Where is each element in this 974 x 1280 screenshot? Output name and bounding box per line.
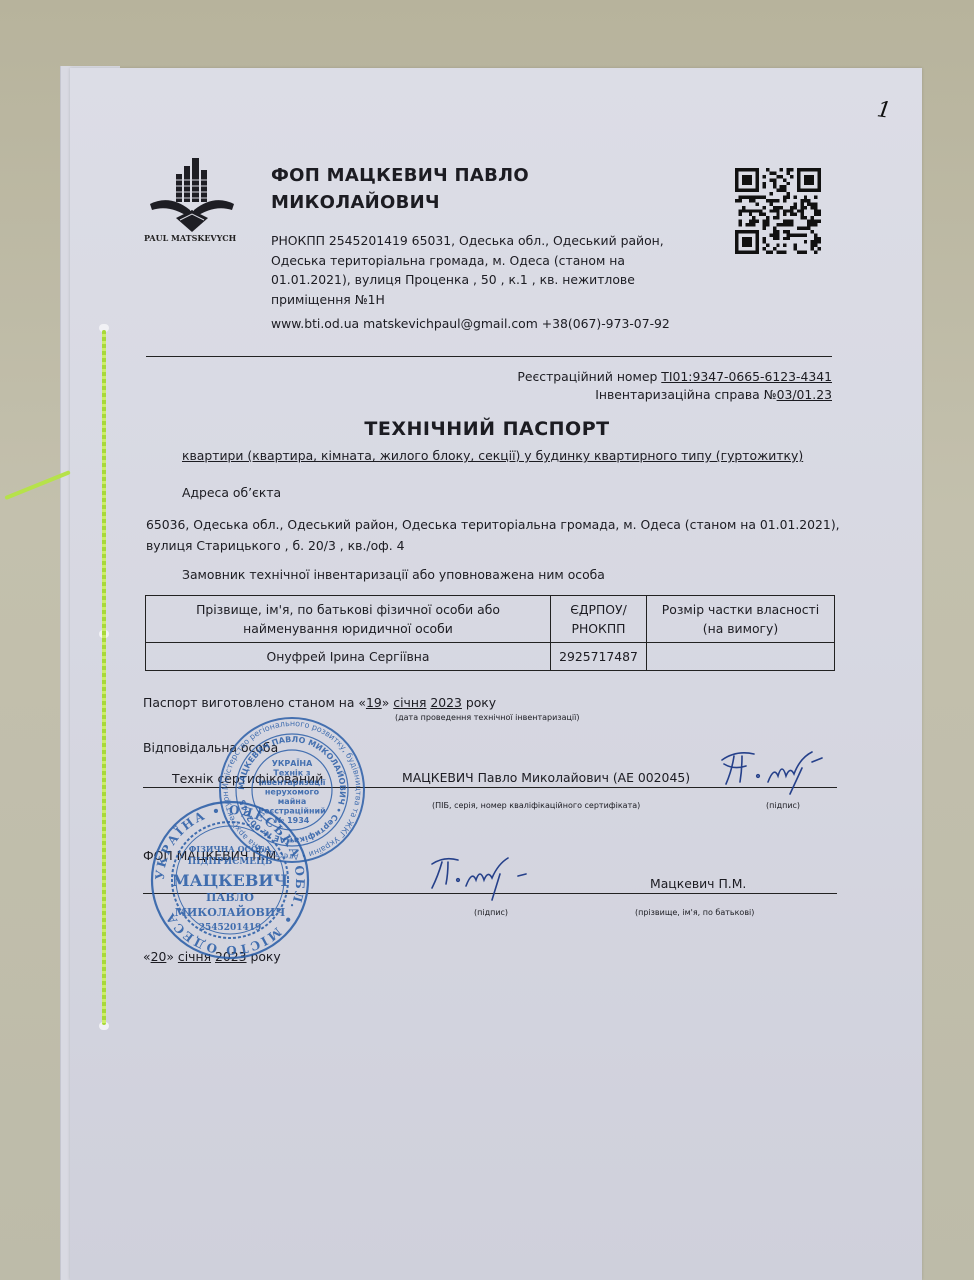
svg-text:Технік з: Технік з	[273, 768, 311, 778]
owner-share	[647, 643, 835, 671]
inventory-date-caption: (дата проведення технічної інвентаризаці…	[395, 713, 579, 722]
company-logo-icon	[146, 152, 238, 242]
inventory-date-day: 19	[366, 695, 382, 710]
fop-name: Мацкевич П.М.	[650, 876, 746, 891]
fop-date-day: 20	[151, 949, 167, 964]
owner-name: Онуфрей Ірина Сергіївна	[146, 643, 551, 671]
fop-sign-caption: (підпис)	[474, 908, 508, 917]
company-contacts: www.bti.od.ua matskevichpaul@gmail.com +…	[271, 316, 670, 331]
svg-text:інвентаризації: інвентаризації	[258, 777, 325, 787]
company-title: ФОП МАЦКЕВИЧ ПАВЛО МИКОЛАЙОВИЧ	[271, 162, 691, 216]
address-label: Адреса об’єкта	[182, 485, 281, 500]
registration-number: Реєстраційний номер ТІ01:9347-0665-6123-…	[517, 369, 832, 384]
fop-name-caption: (прізвище, ім'я, по батькові)	[635, 908, 754, 917]
inventory-date-year: 2023	[430, 695, 462, 710]
inventory-case-value: 03/01.23	[777, 387, 832, 402]
document-title: ТЕХНІЧНИЙ ПАСПОРТ	[0, 418, 974, 440]
responsible-name: МАЦКЕВИЧ Павло Миколайович (АЕ 002045)	[402, 770, 690, 785]
svg-text:ПІДПРИЄМЕЦЬ: ПІДПРИЄМЕЦЬ	[188, 857, 273, 867]
registration-number-label: Реєстраційний номер	[517, 369, 661, 384]
fop-date-open: «	[143, 949, 151, 964]
fop-signature	[426, 852, 546, 902]
fop-date-sep: »	[166, 949, 178, 964]
table-header-row: Прізвище, ім'я, по батькові фізичної осо…	[146, 596, 835, 643]
inventory-date-prefix: Паспорт виготовлено станом на «	[143, 695, 366, 710]
svg-text:майна: майна	[278, 797, 306, 806]
inventory-case-label: Інвентаризаційна справа №	[595, 387, 776, 402]
owner-code: 2925717487	[551, 643, 647, 671]
inventory-case: Інвентаризаційна справа №03/01.23	[595, 387, 832, 402]
object-address-line: вулиця Старицького , б. 20/3 , кв./оф. 4	[146, 535, 846, 556]
column-header-share: Розмір частки власності (на вимогу)	[647, 596, 835, 643]
inventory-date-sep: »	[382, 695, 394, 710]
inventory-date-suffix: року	[462, 695, 496, 710]
object-address: 65036, Одеська обл., Одеський район, Оде…	[146, 514, 846, 556]
svg-text:нерухомого: нерухомого	[265, 788, 320, 797]
svg-text:УКРАЇНА: УКРАЇНА	[272, 758, 313, 768]
inventory-date: Паспорт виготовлено станом на «19» січня…	[143, 695, 496, 710]
svg-text:ФІЗИЧНА ОСОБА: ФІЗИЧНА ОСОБА	[189, 844, 272, 854]
svg-text:2545201419: 2545201419	[199, 923, 262, 933]
header-divider	[146, 356, 832, 357]
object-address-line: 65036, Одеська обл., Одеський район, Оде…	[146, 514, 846, 535]
company-address: РНОКПП 2545201419 65031, Одеська обл., О…	[271, 231, 691, 309]
svg-text:ПАВЛО: ПАВЛО	[206, 891, 254, 904]
customer-label: Замовник технічної інвентаризації або уп…	[182, 567, 605, 582]
column-header-name: Прізвище, ім'я, по батькові фізичної осо…	[146, 596, 551, 643]
column-header-code: ЄДРПОУ/ РНОКПП	[551, 596, 647, 643]
inventory-date-month: січня	[393, 695, 426, 710]
technician-signature	[716, 746, 856, 796]
owner-table: Прізвище, ім'я, по батькові фізичної осо…	[145, 595, 835, 671]
registration-number-value: ТІ01:9347-0665-6123-4341	[661, 369, 832, 384]
qr-code-icon	[734, 168, 822, 254]
document-subtitle: квартири (квартира, кімната, жилого блок…	[182, 448, 803, 463]
responsible-name-caption: (ПІБ, серія, номер кваліфікаційного серт…	[432, 801, 640, 810]
fop-stamp: УКРАЇНА • ОДЕСЬКА ОБЛ. • МІСТО ОДЕСА ФІЗ…	[150, 800, 310, 960]
svg-text:МИКОЛАЙОВИЧ: МИКОЛАЙОВИЧ	[175, 904, 286, 919]
responsible-sign-caption: (підпис)	[766, 801, 800, 810]
logo-caption: PAUL MATSKEVYCH	[144, 233, 236, 243]
svg-text:МАЦКЕВИЧ: МАЦКЕВИЧ	[172, 871, 288, 890]
table-row: Онуфрей Ірина Сергіївна 2925717487	[146, 643, 835, 671]
